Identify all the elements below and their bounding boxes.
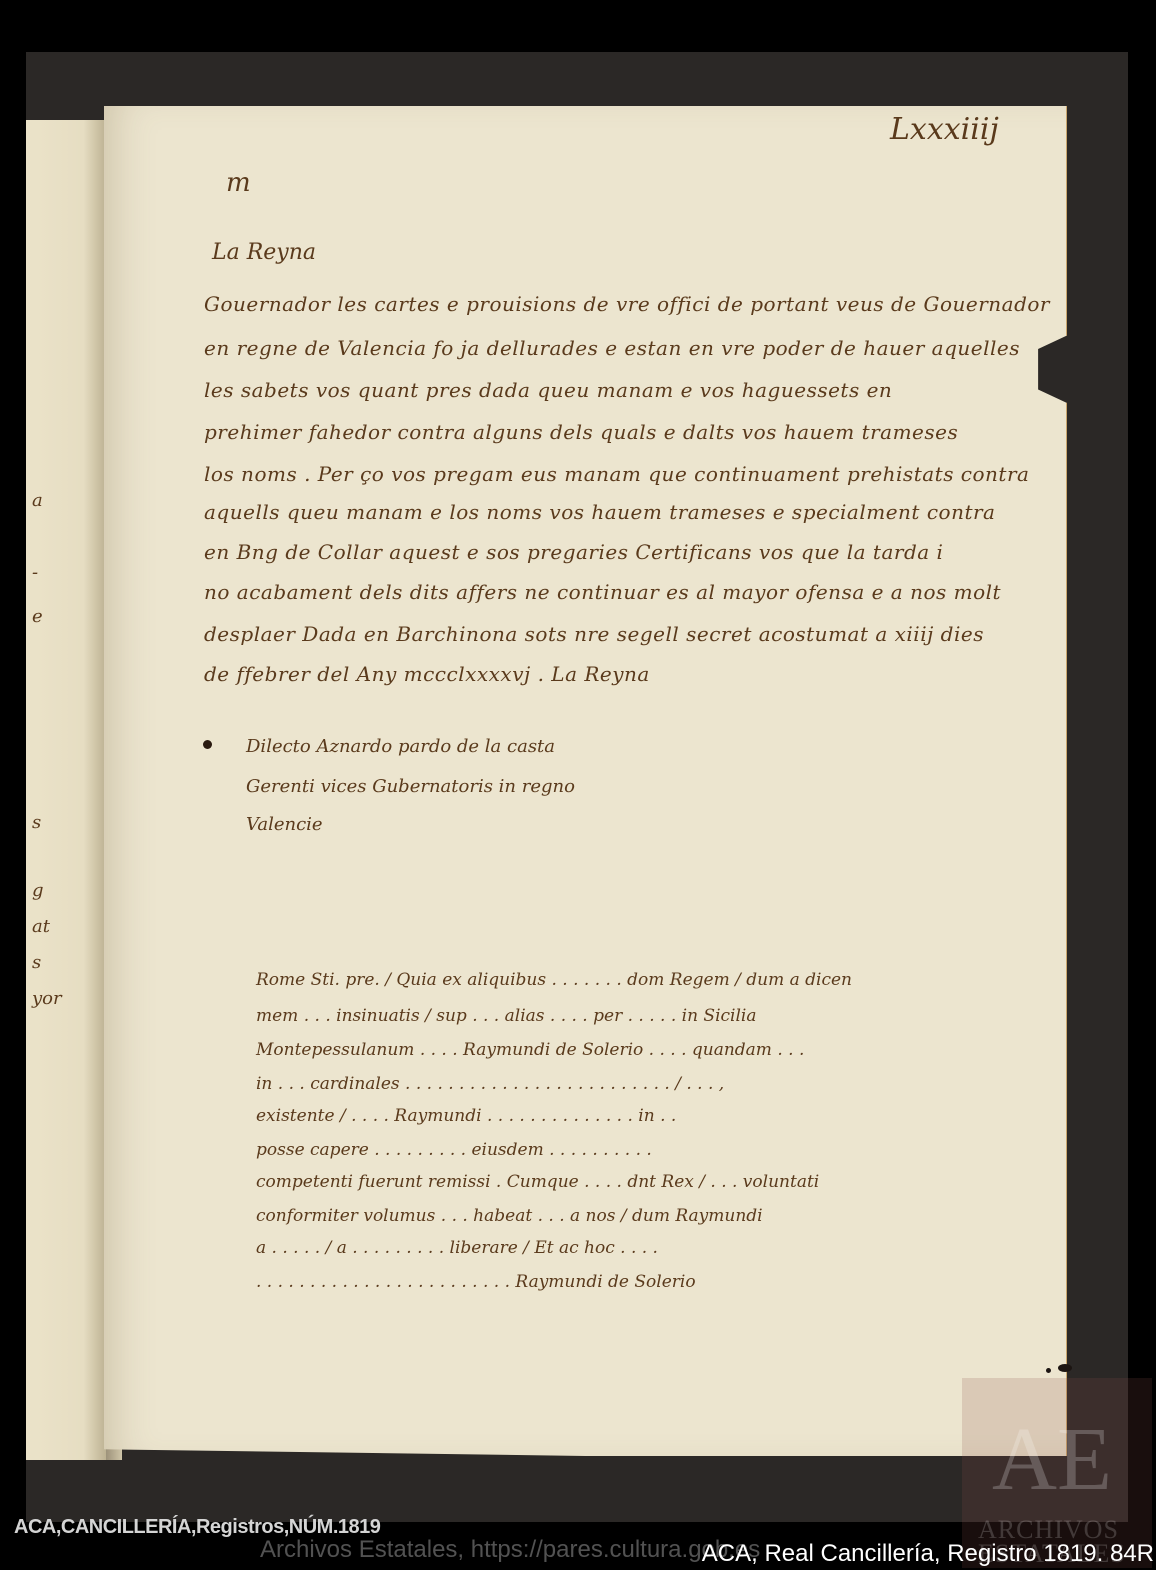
letter-line: en Bng de Collar aquest e sos pregaries …: [204, 540, 943, 564]
latin-line: in . . . cardinales . . . . . . . . . . …: [256, 1074, 724, 1094]
margin-fragment: s: [32, 952, 41, 973]
letter-line: los noms . Per ço vos pregam eus manam q…: [204, 462, 1029, 486]
margin-fragment: g: [32, 880, 44, 901]
letter-line: desplaer Dada en Barchinona sots nre seg…: [204, 622, 984, 646]
latin-line: conformiter volumus . . . habeat . . . a…: [256, 1206, 763, 1226]
letter-line: de ffebrer del Any mccclxxxxvj . La Reyn…: [204, 662, 650, 686]
margin-fragment: s: [32, 812, 41, 833]
letter-line: no acabament dels dits affers ne continu…: [204, 580, 1001, 604]
margin-fragment: -: [32, 562, 38, 583]
latin-line: competenti fuerunt remissi . Cumque . . …: [256, 1172, 819, 1192]
letter-heading: La Reyna: [212, 240, 316, 265]
latin-line: mem . . . insinuatis / sup . . . alias .…: [256, 1006, 756, 1026]
latin-line: a . . . . . / a . . . . . . . . . libera…: [256, 1238, 658, 1258]
latin-line: posse capere . . . . . . . . . eiusdem .…: [256, 1140, 652, 1160]
margin-fragment: a: [32, 490, 43, 511]
letter-line: prehimer fahedor contra alguns dels qual…: [204, 420, 958, 444]
margin-fragment: at: [32, 916, 50, 937]
facing-page-left: [26, 120, 108, 1460]
bullet-dot: [203, 740, 212, 749]
latin-line: existente / . . . . Raymundi . . . . . .…: [256, 1106, 676, 1126]
letter-line: aquells queu manam e los noms vos hauem …: [204, 500, 995, 524]
letter-line: les sabets vos quant pres dada queu mana…: [204, 378, 892, 402]
letter-line: Gouernador les cartes e prouisions de vr…: [204, 292, 1050, 316]
address-line: Dilecto Aznardo pardo de la casta: [246, 736, 555, 757]
ink-blot: [1058, 1364, 1072, 1372]
margin-fragment: e: [32, 606, 43, 627]
folio-number: Lxxxiiij: [890, 112, 999, 147]
latin-line: . . . . . . . . . . . . . . . . . . . . …: [256, 1272, 696, 1292]
latin-line: Montepessulanum . . . . Raymundi de Sole…: [256, 1040, 804, 1060]
address-line: Valencie: [246, 814, 323, 835]
margin-fragment: yor: [32, 988, 62, 1009]
watermark-logo: AE: [992, 1408, 1112, 1511]
latin-line: Rome Sti. pre. / Quia ex aliquibus . . .…: [256, 970, 852, 990]
document-title-caption: ACA, Real Cancillería, Registro 1819. 84…: [702, 1540, 1154, 1568]
letter-line: en regne de Valencia fo ja dellurades e …: [204, 336, 1020, 360]
header-mark: m: [226, 168, 251, 198]
address-line: Gerenti vices Gubernatoris in regno: [246, 776, 575, 797]
ink-blot: [1046, 1368, 1051, 1373]
source-caption: Archivos Estatales, https://pares.cultur…: [260, 1536, 760, 1564]
